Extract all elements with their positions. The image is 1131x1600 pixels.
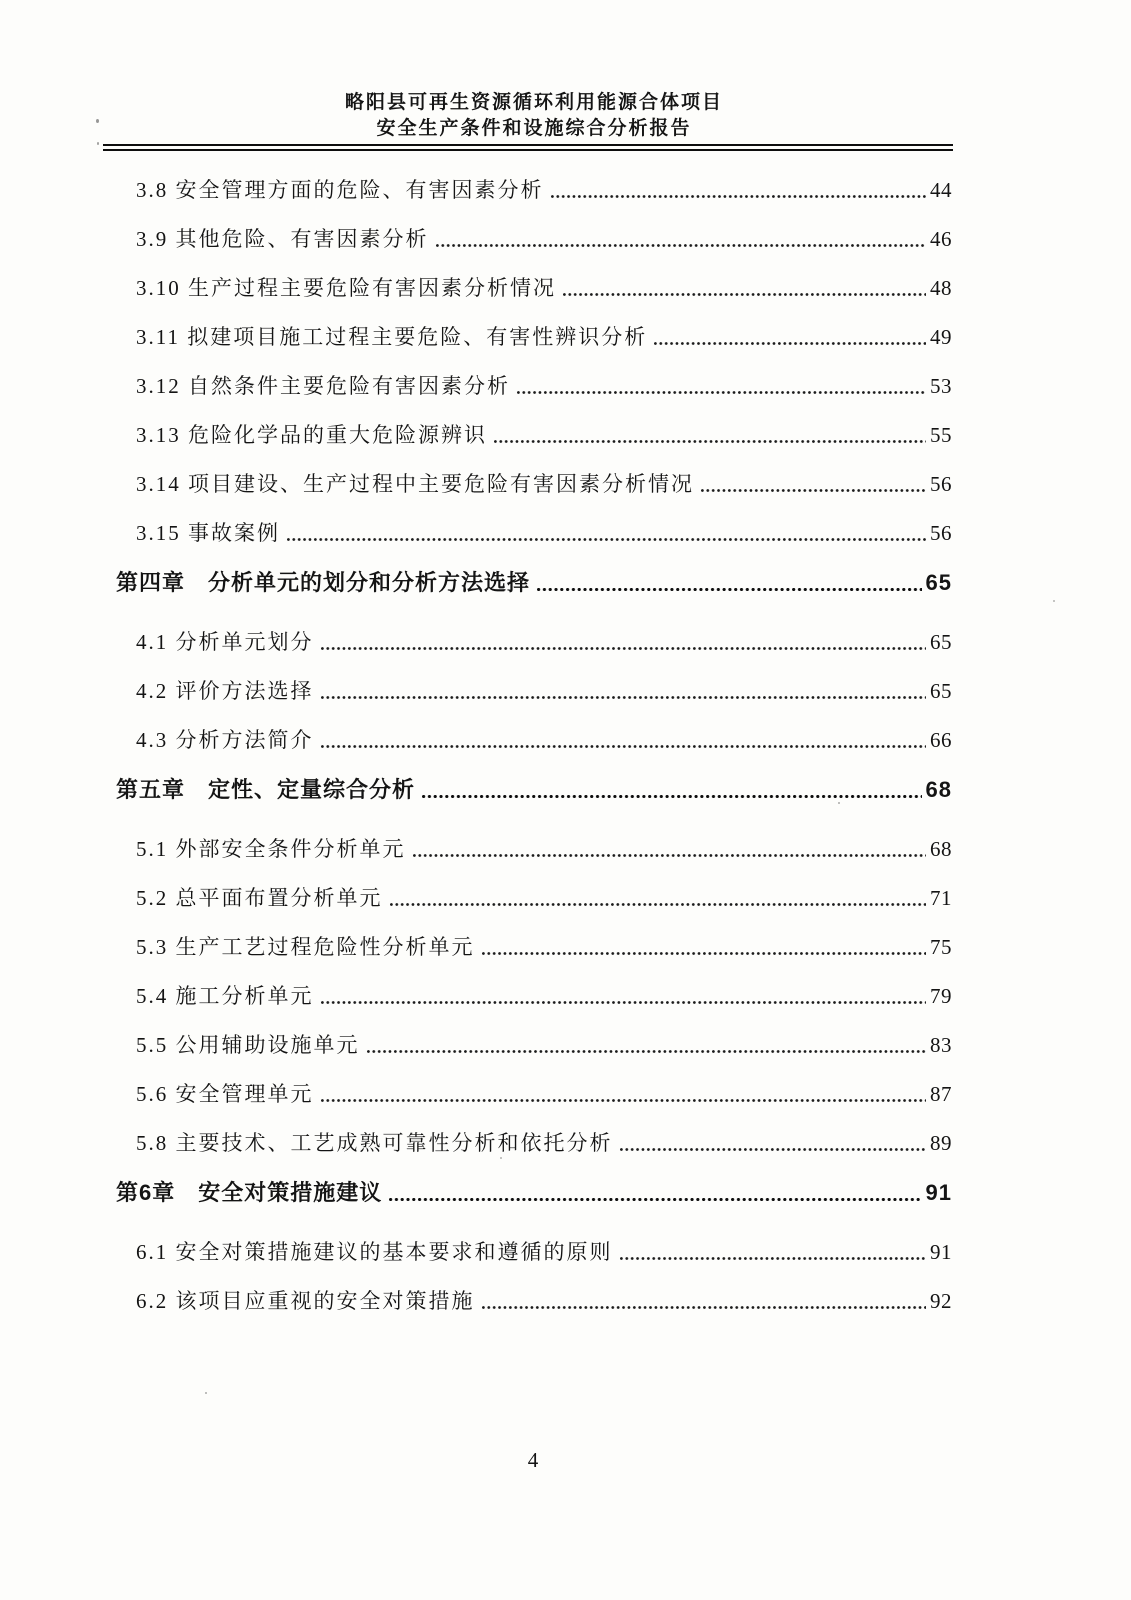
- toc-section-row: 3.11 拟建项目施工过程主要危险、有害性辨识分析 49: [116, 323, 952, 351]
- toc-dotted-leader: [620, 1257, 927, 1260]
- toc-entry-label: 5.8 主要技术、工艺成熟可靠性分析和依托分析: [136, 1129, 613, 1157]
- toc-entry-label: 5.5 公用辅助设施单元: [136, 1031, 360, 1059]
- toc-dotted-leader: [422, 795, 922, 798]
- toc-section-row: 5.5 公用辅助设施单元 83: [116, 1031, 952, 1059]
- toc-entry-page: 83: [930, 1031, 952, 1059]
- toc-dotted-leader: [321, 696, 927, 699]
- toc-entry-label: 6.1 安全对策措施建议的基本要求和遵循的原则: [136, 1238, 613, 1266]
- toc-entry-page: 92: [930, 1287, 952, 1315]
- toc-entry-label: 4.3 分析方法简介: [136, 726, 314, 754]
- toc-dotted-leader: [367, 1050, 927, 1053]
- document-header: 略阳县可再生资源循环利用能源合体项目 安全生产条件和设施综合分析报告: [116, 90, 952, 142]
- toc-dotted-leader: [287, 538, 926, 541]
- toc-entry-label: 第五章 定性、定量综合分析: [116, 775, 415, 805]
- toc-dotted-leader: [413, 854, 927, 857]
- toc-entry-label: 5.4 施工分析单元: [136, 982, 314, 1010]
- toc-dotted-leader: [701, 489, 926, 492]
- toc-section-row: 6.2 该项目应重视的安全对策措施 92: [116, 1287, 952, 1315]
- toc-entry-page: 66: [930, 726, 952, 754]
- toc-section-row: 5.8 主要技术、工艺成熟可靠性分析和依托分析 89: [116, 1129, 952, 1157]
- scan-speck: [205, 1392, 207, 1394]
- toc-dotted-leader: [494, 440, 926, 443]
- toc-dotted-leader: [321, 647, 927, 650]
- toc-entry-page: 75: [930, 933, 952, 961]
- header-title-line1: 略阳县可再生资源循环利用能源合体项目: [116, 90, 952, 116]
- toc-section-row: 5.6 安全管理单元 87: [116, 1080, 952, 1108]
- toc-entry-label: 5.3 生产工艺过程危险性分析单元: [136, 933, 475, 961]
- toc-dotted-leader: [517, 391, 926, 394]
- toc-entry-label: 第6章 安全对策措施建议: [116, 1178, 382, 1208]
- toc-entry-label: 3.11 拟建项目施工过程主要危险、有害性辨识分析: [136, 323, 647, 351]
- toc-entry-label: 3.12 自然条件主要危险有害因素分析: [136, 372, 510, 400]
- toc-section-row: 6.1 安全对策措施建议的基本要求和遵循的原则 91: [116, 1238, 952, 1266]
- toc-entry-label: 5.1 外部安全条件分析单元: [136, 835, 406, 863]
- toc-dotted-leader: [389, 1198, 921, 1201]
- toc-entry-page: 56: [930, 470, 952, 498]
- toc-chapter-row: 第6章 安全对策措施建议 91: [116, 1178, 952, 1208]
- toc-section-row: 4.2 评价方法选择 65: [116, 677, 952, 705]
- toc-section-row: 3.15 事故案例 56: [116, 519, 952, 547]
- toc-entry-label: 第四章 分析单元的划分和分析方法选择: [116, 568, 530, 598]
- scan-speck: [96, 119, 99, 123]
- toc-section-row: 3.13 危险化学品的重大危险源辨识 55: [116, 421, 952, 449]
- toc-section-row: 5.2 总平面布置分析单元 71: [116, 884, 952, 912]
- toc-entry-label: 6.2 该项目应重视的安全对策措施: [136, 1287, 475, 1315]
- toc-section-row: 3.10 生产过程主要危险有害因素分析情况 48: [116, 274, 952, 302]
- toc-dotted-leader: [321, 745, 927, 748]
- toc-section-row: 3.12 自然条件主要危险有害因素分析 53: [116, 372, 952, 400]
- toc-dotted-leader: [436, 244, 927, 247]
- scan-speck: [838, 802, 840, 804]
- toc-section-row: 4.3 分析方法简介 66: [116, 726, 952, 754]
- toc-chapter-row: 第五章 定性、定量综合分析 68: [116, 775, 952, 805]
- scan-speck: [500, 1157, 502, 1159]
- toc-entry-label: 4.1 分析单元划分: [136, 628, 314, 656]
- toc-entry-page: 65: [930, 628, 952, 656]
- toc-entry-label: 3.8 安全管理方面的危险、有害因素分析: [136, 176, 544, 204]
- toc-list: 3.8 安全管理方面的危险、有害因素分析 44 3.9 其他危险、有害因素分析 …: [116, 176, 952, 1336]
- toc-entry-page: 53: [930, 372, 952, 400]
- toc-entry-label: 5.2 总平面布置分析单元: [136, 884, 383, 912]
- toc-entry-page: 79: [930, 982, 952, 1010]
- toc-entry-page: 65: [926, 568, 952, 598]
- toc-entry-page: 91: [930, 1238, 952, 1266]
- toc-entry-page: 87: [930, 1080, 952, 1108]
- toc-entry-page: 55: [930, 421, 952, 449]
- toc-entry-label: 3.10 生产过程主要危险有害因素分析情况: [136, 274, 556, 302]
- toc-entry-page: 65: [930, 677, 952, 705]
- header-double-rule: [103, 144, 953, 151]
- toc-dotted-leader: [321, 1099, 927, 1102]
- toc-entry-page: 48: [930, 274, 952, 302]
- scan-speck: [97, 142, 99, 145]
- toc-entry-label: 3.14 项目建设、生产过程中主要危险有害因素分析情况: [136, 470, 694, 498]
- toc-dotted-leader: [321, 1001, 927, 1004]
- toc-entry-page: 68: [930, 835, 952, 863]
- toc-entry-page: 71: [930, 884, 952, 912]
- toc-entry-page: 56: [930, 519, 952, 547]
- toc-section-row: 3.8 安全管理方面的危险、有害因素分析 44: [116, 176, 952, 204]
- toc-entry-page: 68: [926, 775, 952, 805]
- toc-section-row: 3.9 其他危险、有害因素分析 46: [116, 225, 952, 253]
- toc-entry-label: 3.15 事故案例: [136, 519, 280, 547]
- toc-dotted-leader: [537, 588, 922, 591]
- toc-entry-page: 46: [930, 225, 952, 253]
- toc-section-row: 3.14 项目建设、生产过程中主要危险有害因素分析情况 56: [116, 470, 952, 498]
- toc-dotted-leader: [482, 1306, 927, 1309]
- toc-section-row: 5.4 施工分析单元 79: [116, 982, 952, 1010]
- toc-entry-label: 3.13 危险化学品的重大危险源辨识: [136, 421, 487, 449]
- toc-entry-page: 44: [930, 176, 952, 204]
- toc-dotted-leader: [390, 903, 927, 906]
- document-page: 略阳县可再生资源循环利用能源合体项目 安全生产条件和设施综合分析报告 3.8 安…: [0, 0, 1131, 1600]
- toc-dotted-leader: [482, 952, 927, 955]
- toc-dotted-leader: [563, 293, 926, 296]
- toc-dotted-leader: [620, 1148, 927, 1151]
- toc-chapter-row: 第四章 分析单元的划分和分析方法选择 65: [116, 568, 952, 598]
- scan-speck: [1053, 600, 1055, 602]
- toc-entry-page: 91: [926, 1178, 952, 1208]
- toc-dotted-leader: [551, 195, 927, 198]
- toc-section-row: 4.1 分析单元划分 65: [116, 628, 952, 656]
- toc-entry-label: 3.9 其他危险、有害因素分析: [136, 225, 429, 253]
- toc-entry-page: 89: [930, 1129, 952, 1157]
- toc-dotted-leader: [654, 342, 926, 345]
- toc-entry-label: 5.6 安全管理单元: [136, 1080, 314, 1108]
- toc-section-row: 5.1 外部安全条件分析单元 68: [116, 835, 952, 863]
- header-title-line2: 安全生产条件和设施综合分析报告: [116, 116, 952, 142]
- toc-entry-label: 4.2 评价方法选择: [136, 677, 314, 705]
- toc-section-row: 5.3 生产工艺过程危险性分析单元 75: [116, 933, 952, 961]
- toc-entry-page: 49: [930, 323, 952, 351]
- page-number: 4: [0, 1448, 1066, 1473]
